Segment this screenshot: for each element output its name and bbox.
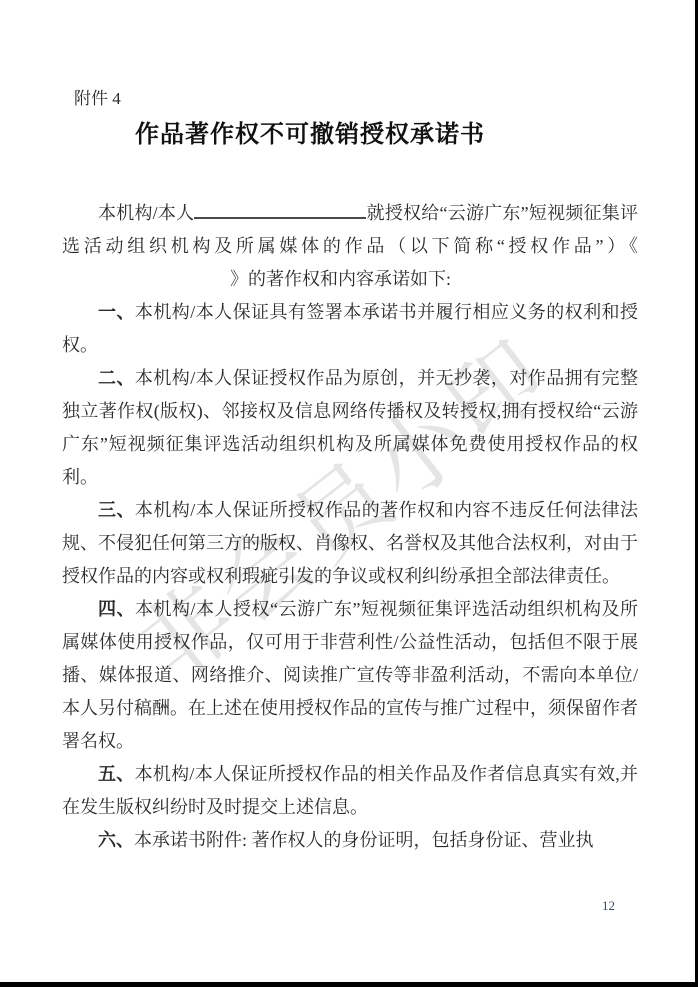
document-page: 非会员小印 附件 4 作品著作权不可撤销授权承诺书 本机构/本人就授权给“云游广… bbox=[0, 0, 698, 987]
attachment-label: 附件 4 bbox=[74, 84, 121, 109]
document-title: 作品著作权不可撤销授权承诺书 bbox=[0, 114, 620, 149]
name-blank-field[interactable] bbox=[194, 215, 366, 219]
clause-5-text: 本机构/本人保证所授权作品的相关作品及作者信息真实有效,并在发生版权纠纷时及时提… bbox=[62, 764, 638, 817]
clause-1-number: 一、 bbox=[98, 302, 135, 322]
clause-1: 一、本机构/本人保证具有签署本承诺书并履行相应义务的权利和授权。 bbox=[62, 296, 638, 362]
intro-paragraph: 本机构/本人就授权给“云游广东”短视频征集评选活动组织机构及所属媒体的作品（以下… bbox=[62, 197, 638, 296]
intro-suffix: 的著作权和内容承诺如下: bbox=[248, 269, 451, 289]
clause-5-number: 五、 bbox=[98, 764, 135, 784]
clause-4-number: 四、 bbox=[98, 599, 135, 619]
clause-4-text: 本机构/本人授权“云游广东”短视频征集评选活动组织机构及所属媒体使用授权作品，仅… bbox=[62, 599, 638, 751]
work-title-open-bracket: 《 bbox=[629, 236, 638, 256]
clause-2: 二、本机构/本人保证授权作品为原创，并无抄袭，对作品拥有完整独立著作权(版权)、… bbox=[62, 362, 638, 494]
page-number: 12 bbox=[602, 898, 615, 914]
clause-4: 四、本机构/本人授权“云游广东”短视频征集评选活动组织机构及所属媒体使用授权作品… bbox=[62, 593, 638, 758]
intro-prefix: 本机构/本人 bbox=[98, 203, 194, 223]
clause-6-text: 本承诺书附件: 著作权人的身份证明，包括身份证、营业执 bbox=[134, 830, 594, 850]
clause-6: 六、本承诺书附件: 著作权人的身份证明，包括身份证、营业执 bbox=[62, 824, 638, 857]
work-title-blank-field[interactable] bbox=[62, 284, 230, 285]
work-title-close-bracket: 》 bbox=[230, 269, 248, 289]
clause-6-number: 六、 bbox=[98, 830, 134, 850]
clause-5: 五、本机构/本人保证所授权作品的相关作品及作者信息真实有效,并在发生版权纠纷时及… bbox=[62, 758, 638, 824]
clause-2-text: 本机构/本人保证授权作品为原创，并无抄袭，对作品拥有完整独立著作权(版权)、邻接… bbox=[62, 368, 638, 487]
clause-3: 三、本机构/本人保证所授权作品的著作权和内容不违反任何法律法规、不侵犯任何第三方… bbox=[62, 494, 638, 593]
clause-2-number: 二、 bbox=[98, 368, 135, 388]
scan-edge-bottom bbox=[0, 982, 698, 987]
clause-1-text: 本机构/本人保证具有签署本承诺书并履行相应义务的权利和授权。 bbox=[62, 302, 638, 355]
clause-3-number: 三、 bbox=[98, 500, 135, 520]
clause-3-text: 本机构/本人保证所授权作品的著作权和内容不违反任何法律法规、不侵犯任何第三方的版… bbox=[62, 500, 638, 586]
document-body: 本机构/本人就授权给“云游广东”短视频征集评选活动组织机构及所属媒体的作品（以下… bbox=[62, 197, 638, 857]
